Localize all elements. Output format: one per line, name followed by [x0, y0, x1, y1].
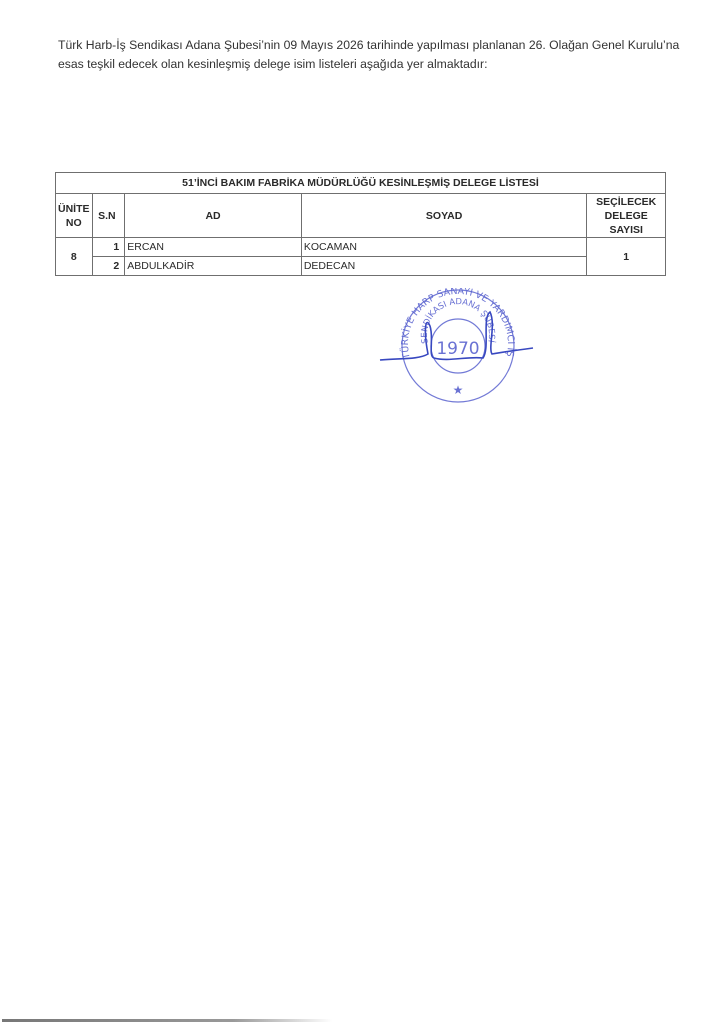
table-row: 8 1 ERCAN KOCAMAN 1 [56, 238, 666, 257]
header-secilecek-delege-sayisi: SEÇİLECEK DELEGE SAYISI [587, 194, 666, 238]
header-unite-no: ÜNİTE NO [56, 194, 93, 238]
delegate-list-table: 51’İNCİ BAKIM FABRİKA MÜDÜRLÜĞÜ KESİNLEŞ… [55, 172, 666, 276]
sn-cell: 1 [92, 238, 125, 257]
unite-no-cell: 8 [56, 238, 93, 276]
soyad-cell: KOCAMAN [301, 238, 587, 257]
svg-text:1970: 1970 [436, 339, 479, 359]
sn-cell: 2 [92, 257, 125, 276]
soyad-cell: DEDECAN [301, 257, 587, 276]
union-stamp-with-signature: TÜRKİYE HARP SANAYİ VE YARDIMCI İŞ KOLLA… [378, 288, 538, 406]
ad-cell: ERCAN [125, 238, 302, 257]
table-header-row: ÜNİTE NO S.N AD SOYAD SEÇİLECEK DELEGE S… [56, 194, 666, 238]
header-soyad: SOYAD [301, 194, 587, 238]
secilecek-delege-sayisi-cell: 1 [587, 238, 666, 276]
page-edge-line [2, 1019, 332, 1022]
svg-text:★: ★ [453, 383, 464, 397]
header-ad: AD [125, 194, 302, 238]
header-sn: S.N [92, 194, 125, 238]
ad-cell: ABDULKADİR [125, 257, 302, 276]
stamp-icon: TÜRKİYE HARP SANAYİ VE YARDIMCI İŞ KOLLA… [378, 288, 538, 406]
intro-line-2: esas teşkil edecek olan kesinleşmiş dele… [58, 55, 698, 74]
table-row: 2 ABDULKADİR DEDECAN [56, 257, 666, 276]
table-title-row: 51’İNCİ BAKIM FABRİKA MÜDÜRLÜĞÜ KESİNLEŞ… [56, 173, 666, 194]
intro-line-1: Türk Harb-İş Sendikası Adana Şubesi’nin … [58, 36, 698, 55]
intro-paragraph: Türk Harb-İş Sendikası Adana Şubesi’nin … [58, 36, 698, 74]
table-title: 51’İNCİ BAKIM FABRİKA MÜDÜRLÜĞÜ KESİNLEŞ… [56, 173, 666, 194]
